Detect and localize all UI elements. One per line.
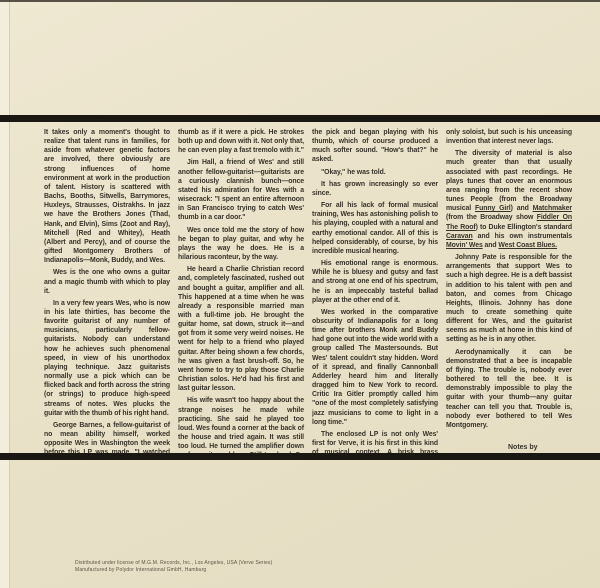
paragraph: It has grown increasingly so ever since. <box>312 180 438 198</box>
text-segment: The enclosed LP is not only Wes' first f… <box>312 431 438 453</box>
text-segment: ) and <box>511 205 533 212</box>
bottom-divider-bar <box>0 453 600 460</box>
paragraph: the pick and began playing with his thum… <box>312 128 438 165</box>
notes-column-2: thumb as if it were a pick. He strokes b… <box>178 128 304 453</box>
text-segment: "Okay," he was told. <box>321 169 386 176</box>
text-segment: and <box>483 242 499 249</box>
paragraph: Wes once told me the story of how he beg… <box>178 226 304 263</box>
paragraph: His emotional range is enormous. While h… <box>312 259 438 305</box>
text-segment: For all his lack of formal musical train… <box>312 202 438 255</box>
paragraph: "Okay," he was told. <box>312 168 438 177</box>
paragraph: The diversity of material is also much g… <box>446 149 572 250</box>
paragraph: Jim Hall, a friend of Wes' and still ano… <box>178 158 304 222</box>
text-segment: thumb as if it were a pick. He strokes b… <box>178 129 304 154</box>
paragraph: thumb as if it were a pick. He strokes b… <box>178 128 304 155</box>
text-segment: Aerodynamically it can be demonstrated t… <box>446 349 572 429</box>
paragraph: For all his lack of formal musical train… <box>312 201 438 256</box>
distribution-line: Distributed under license of M.G.M. Reco… <box>75 560 272 567</box>
sleeve-top-edge <box>0 0 600 2</box>
sleeve-left-edge <box>0 0 10 588</box>
notes-column-3: the pick and began playing with his thum… <box>312 128 438 453</box>
text-segment: In a very few years Wes, who is now in h… <box>44 300 170 417</box>
paragraph: Wes is the one who owns a guitar and a m… <box>44 268 170 295</box>
paragraph: His wife wasn't too happy about the stra… <box>178 396 304 453</box>
text-segment: His wife wasn't too happy about the stra… <box>178 397 304 453</box>
underlined-song-title: Caravan <box>446 233 473 240</box>
underlined-song-title: Movin' Wes <box>446 242 483 249</box>
notes-column-4: only soloist, but such is his unceasing … <box>446 128 572 453</box>
text-segment: ) to Duke Ellington's standard <box>476 224 572 231</box>
distribution-fine-print: Distributed under license of M.G.M. Reco… <box>75 560 272 574</box>
text-segment: Jim Hall, a friend of Wes' and still ano… <box>178 159 304 221</box>
notes-credit: Notes byGene Lees <box>508 443 572 453</box>
text-segment: Wes is the one who owns a guitar and a m… <box>44 269 170 294</box>
text-segment: Johnny Pate is responsible for the arran… <box>446 254 572 343</box>
paragraph: Aerodynamically it can be demonstrated t… <box>446 348 572 430</box>
paragraph: Wes worked in the comparative obscurity … <box>312 308 438 427</box>
paragraph: It takes only a moment's thought to real… <box>44 128 170 265</box>
text-segment: It has grown increasingly so ever since. <box>312 181 438 197</box>
paragraph: only soloist, but such is his unceasing … <box>446 128 572 146</box>
text-segment: It takes only a moment's thought to real… <box>44 129 170 264</box>
text-segment: the pick and began playing with his thum… <box>312 129 438 163</box>
text-segment: George Barnes, a fellow-guitarist of no … <box>44 422 170 453</box>
album-back-cover: It takes only a moment's thought to real… <box>0 0 600 588</box>
paragraph: He heard a Charlie Christian record and,… <box>178 265 304 393</box>
text-segment: and his own instrumentals <box>473 233 572 240</box>
underlined-song-title: Funny Girl <box>475 205 511 212</box>
text-segment: His emotional range is enormous. While h… <box>312 260 438 304</box>
text-segment: He heard a Charlie Christian record and,… <box>178 266 304 392</box>
text-segment: only soloist, but such is his unceasing … <box>446 129 572 145</box>
text-segment: Wes once told me the story of how he beg… <box>178 227 304 261</box>
text-segment: Wes worked in the comparative obscurity … <box>312 309 438 426</box>
credit-line-1: Notes by <box>508 443 572 452</box>
underlined-song-title: Matchmaker <box>533 205 572 212</box>
paragraph: The enclosed LP is not only Wes' first f… <box>312 430 438 453</box>
paragraph: George Barnes, a fellow-guitarist of no … <box>44 421 170 453</box>
notes-column-1: It takes only a moment's thought to real… <box>44 128 170 453</box>
paragraph: Johnny Pate is responsible for the arran… <box>446 253 572 345</box>
liner-notes-columns: It takes only a moment's thought to real… <box>44 128 572 453</box>
text-segment: (from the Broadway show <box>446 214 537 221</box>
text-segment: The diversity of material is also much g… <box>446 150 572 212</box>
underlined-song-title: West Coast Blues. <box>498 242 557 249</box>
paragraph: In a very few years Wes, who is now in h… <box>44 299 170 418</box>
manufacture-line: Manufactured by Polydor International Gm… <box>75 567 272 574</box>
top-divider-bar <box>0 115 600 122</box>
